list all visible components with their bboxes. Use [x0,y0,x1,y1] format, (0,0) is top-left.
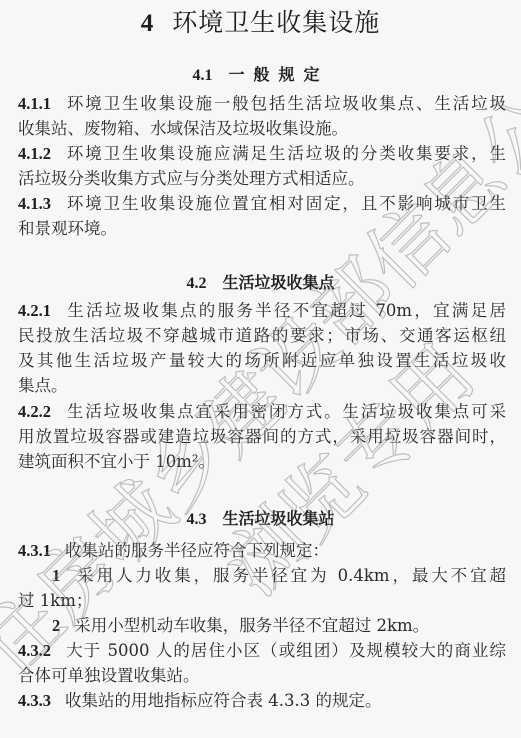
clause-text: 活垃圾分类收集方式应与分类处理方式相适应。 [18,166,506,191]
section-title: 生活垃圾收集站 [222,509,334,528]
clause-4-3-3: 4.3.3收集站的用地指标应符合表 4.3.3 的规定。 [18,688,506,713]
clause-number: 4.1.1 [18,94,51,113]
clause-number: 4.3.1 [18,541,51,560]
section-heading-4-2: 4.2生活垃圾收集点 [0,272,521,295]
clause-number: 4.3.3 [18,691,51,710]
clause-text: 合体可单独设置收集站。 [18,663,506,688]
clause-number: 4.2.1 [18,301,51,320]
chapter-title-text: 环境卫生收集设施 [172,8,380,37]
chapter-number: 4 [141,10,155,37]
clause-4-1-1: 4.1.1环境卫生收集设施一般包括生活垃圾收集点、生活垃圾 收集站、废物箱、水域… [18,91,506,141]
clause-text: 生活垃圾收集点宜采用密闭方式。生活垃圾收集点可采 [65,402,506,421]
section-heading-4-3: 4.3生活垃圾收集站 [0,508,521,531]
clause-number: 4.1.2 [18,144,51,163]
section-number: 4.3 [186,511,206,528]
clause-4-1-2: 4.1.2环境卫生收集设施应满足生活垃圾的分类收集要求，生 活垃圾分类收集方式应… [18,141,506,191]
clause-number: 4.2.2 [18,402,51,421]
clause-text: 大于 5000 人的居住小区（或组团）及规模较大的商业综 [65,641,506,660]
clause-4-3-2: 4.3.2大于 5000 人的居住小区（或组团）及规模较大的商业综 合体可单独设… [18,638,506,688]
item-number: 1 [52,566,60,585]
section-heading-4-1: 4.1一般规定 [0,64,521,87]
clause-text: 民投放生活垃圾不穿越城市道路的要求；市场、交通客运枢纽 [18,323,506,348]
clause-text: 集点。 [18,373,506,398]
clause-text: 收集站的服务半径应符合下列规定： [65,541,329,560]
clause-number: 4.3.2 [18,641,51,660]
clause-text: 生活垃圾收集点的服务半径不宜超过 70m，宜满足居 [65,301,506,320]
clause-text: 环境卫生收集设施应满足生活垃圾的分类收集要求，生 [65,144,506,163]
clause-text: 环境卫生收集设施一般包括生活垃圾收集点、生活垃圾 [65,94,506,113]
document-page: 4环境卫生收集设施 4.1一般规定 4.1.1环境卫生收集设施一般包括生活垃圾收… [0,0,521,738]
item-text: 采用人力收集，服务半径宜为 0.4km，最大不宜超 [74,566,506,585]
clause-4-2-1: 4.2.1生活垃圾收集点的服务半径不宜超过 70m，宜满足居 民投放生活垃圾不穿… [18,298,506,398]
clause-4-3-1: 4.3.1收集站的服务半径应符合下列规定： 1采用人力收集，服务半径宜为 0.4… [18,538,506,638]
clause-text: 环境卫生收集设施位置宜相对固定，且不影响城市卫生 [65,194,506,213]
section-number: 4.2 [186,275,206,292]
section-title: 一般规定 [228,65,328,84]
section-number: 4.1 [192,67,212,84]
clause-text: 用放置垃圾容器或建造垃圾容器间的方式，采用垃圾容器间时， [18,424,506,449]
item-number: 2 [52,616,60,635]
clause-text: 和景观环境。 [18,216,506,241]
clause-number: 4.1.3 [18,194,51,213]
section-title: 生活垃圾收集点 [222,273,334,292]
clause-text: 收集站、废物箱、水域保洁及垃圾收集设施。 [18,116,506,141]
item-text: 采用小型机动车收集，服务半径不宜超过 2km。 [74,616,429,635]
clause-text: 建筑面积不宜小于 10m²。 [18,449,506,474]
item-text: 过 1km； [18,588,506,613]
clause-4-2-2: 4.2.2生活垃圾收集点宜采用密闭方式。生活垃圾收集点可采 用放置垃圾容器或建造… [18,399,506,474]
chapter-title: 4环境卫生收集设施 [0,6,521,41]
clause-text: 收集站的用地指标应符合表 4.3.3 的规定。 [65,691,381,710]
clause-text: 及其他生活垃圾产量较大的场所附近应单独设置生活垃圾收 [18,348,506,373]
clause-4-1-3: 4.1.3环境卫生收集设施位置宜相对固定，且不影响城市卫生 和景观环境。 [18,191,506,241]
